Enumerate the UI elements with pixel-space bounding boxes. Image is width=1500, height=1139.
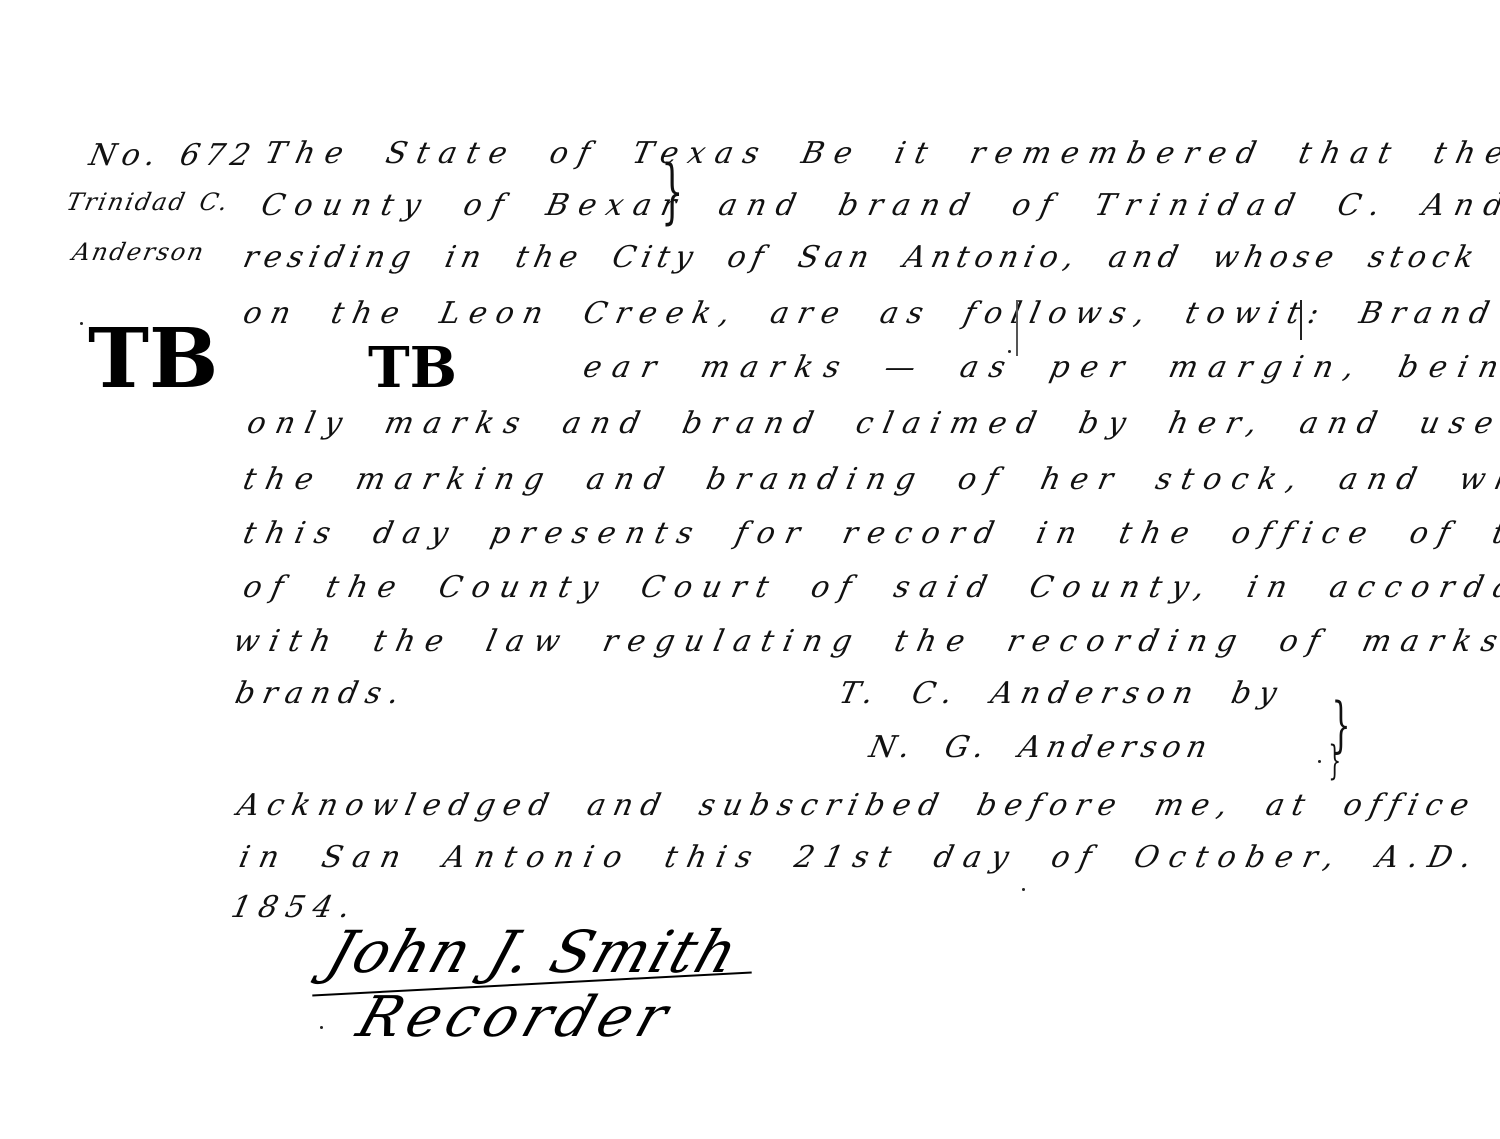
body-line-7: the marking and branding of her stock, a… xyxy=(240,462,1500,497)
body-line-10: with the law regulating the recording of… xyxy=(230,624,1500,659)
body-line-3: residing in the City of San Antonio, and… xyxy=(240,240,1500,275)
clerk-signature-title: Recorder xyxy=(349,985,681,1050)
scan-mark xyxy=(1300,300,1302,340)
body-line-2: County of Bexar and brand of Trinidad C.… xyxy=(258,188,1500,223)
body-line-4: on the Leon Creek, are as follows, towit… xyxy=(240,296,1500,331)
body-line-5: ear marks — as per margin, being the xyxy=(580,350,1500,385)
principal-signature: T. C. Anderson by xyxy=(836,676,1288,711)
body-line-6: only marks and brand claimed by her, and… xyxy=(244,406,1500,441)
body-line-9: of the County Court of said County, in a… xyxy=(240,570,1500,605)
margin-brand-symbol: TB xyxy=(88,318,218,400)
scan-speck xyxy=(320,1026,323,1029)
scan-speck xyxy=(80,322,83,325)
body-line-8: this day presents for record in the offi… xyxy=(240,516,1500,551)
body-brand-symbol: TB xyxy=(368,340,457,396)
margin-name-line-2: Anderson xyxy=(70,238,208,266)
brace-signature-2: } xyxy=(1328,738,1341,784)
scan-speck xyxy=(1008,350,1011,353)
margin-name-line-1: Trinidad C. xyxy=(64,188,232,216)
scan-mark xyxy=(1016,300,1018,356)
agent-signature: N. G. Anderson xyxy=(866,730,1216,765)
scan-speck xyxy=(1318,760,1321,763)
body-line-1: The State of Texas Be it remembered that… xyxy=(262,136,1500,171)
body-line-11: brands. xyxy=(232,676,410,711)
acknowledgement-line-1: Acknowledged and subscribed before me, a… xyxy=(234,788,1480,823)
record-number: No. 672 xyxy=(86,138,260,173)
document-page: No. 672 Trinidad C. Anderson TB } } } Th… xyxy=(0,0,1500,1139)
acknowledgement-line-2: in San Antonio this 21st day of October,… xyxy=(236,840,1484,875)
scan-speck xyxy=(1022,888,1025,891)
